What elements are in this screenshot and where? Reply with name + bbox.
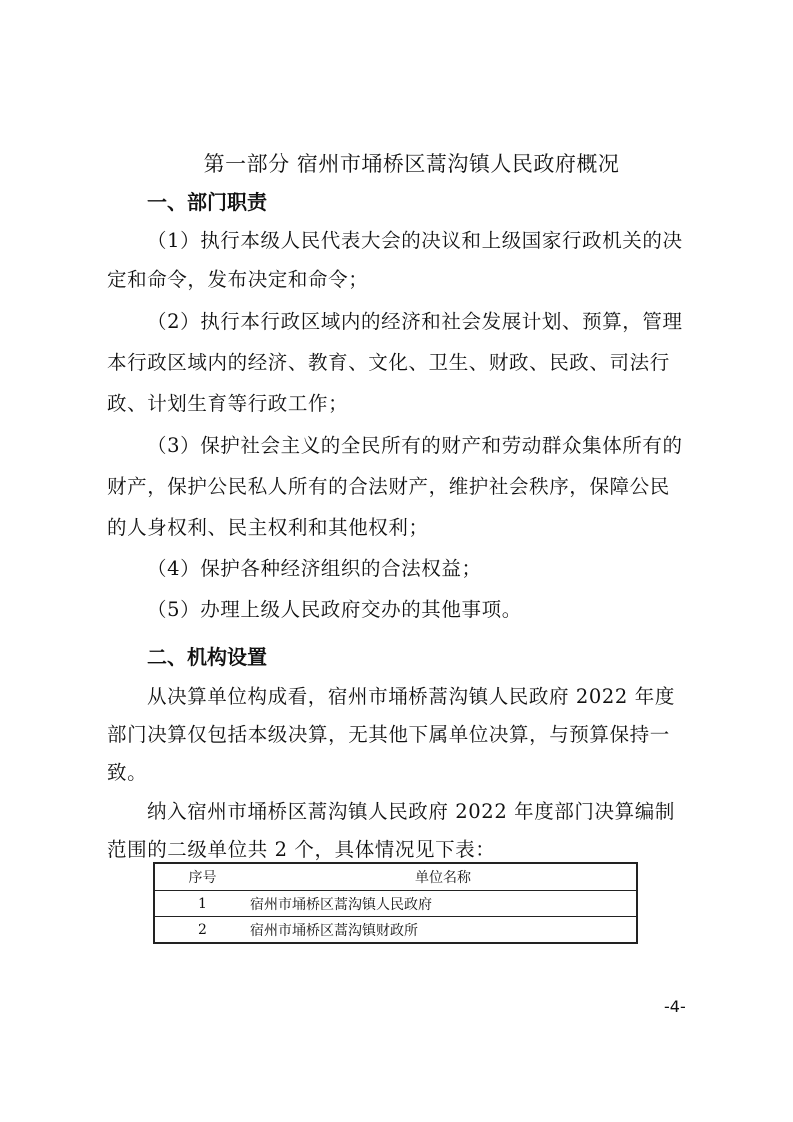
paragraph-line: （5）办理上级人民政府交办的其他事项。 (147, 594, 522, 622)
section-heading-duties: 一、部门职责 (147, 186, 267, 215)
paragraph-line: 政、计划生育等行政工作； (107, 388, 348, 416)
paragraph-line: （4）保护各种经济组织的合法权益； (147, 553, 482, 581)
paragraph-line: 纳入宿州市埇桥区蒿沟镇人民政府 2022 年度部门决算编制 (147, 796, 675, 824)
table-row: 1 宿州市埇桥区蒿沟镇人民政府 (154, 891, 637, 917)
paragraph-line: （2）执行本行政区域内的经济和社会发展计划、预算，管理 (147, 306, 683, 334)
section-heading-organization: 二、机构设置 (147, 641, 267, 670)
units-table: 序号 单位名称 1 宿州市埇桥区蒿沟镇人民政府 2 宿州市埇桥区蒿沟镇财政所 (153, 862, 638, 944)
paragraph-line: 部门决算仅包括本级决算，无其他下属单位决算，与预算保持一 (107, 719, 670, 747)
table-header-row: 序号 单位名称 (154, 863, 637, 891)
table-row: 2 宿州市埇桥区蒿沟镇财政所 (154, 917, 637, 944)
header-unit-name: 单位名称 (250, 863, 637, 891)
paragraph-line: 的人身权利、民主权利和其他权利； (107, 512, 429, 540)
paragraph-line: （3）保护社会主义的全民所有的财产和劳动群众集体所有的 (147, 430, 683, 458)
paragraph-line: 致。 (107, 757, 147, 785)
paragraph-line: 范围的二级单位共 2 个，具体情况见下表： (107, 834, 495, 862)
paragraph-line: 财产，保护公民私人所有的合法财产，维护社会秩序，保障公民 (107, 471, 670, 499)
paragraph-line: 本行政区域内的经济、教育、文化、卫生、财政、民政、司法行 (107, 347, 670, 375)
paragraph-line: （1）执行本级人民代表大会的决议和上级国家行政机关的决 (147, 225, 683, 253)
cell-unit-name: 宿州市埇桥区蒿沟镇人民政府 (250, 891, 637, 917)
cell-serial-number: 1 (154, 891, 250, 917)
paragraph-line: 从决算单位构成看，宿州市埇桥蒿沟镇人民政府 2022 年度 (147, 681, 675, 709)
header-serial-number: 序号 (154, 863, 250, 891)
paragraph-line: 定和命令，发布决定和命令； (107, 264, 368, 292)
cell-unit-name: 宿州市埇桥区蒿沟镇财政所 (250, 917, 637, 944)
cell-serial-number: 2 (154, 917, 250, 944)
page-number: -4- (664, 997, 686, 1016)
page-title: 第一部分 宿州市埇桥区蒿沟镇人民政府概况 (0, 148, 793, 178)
